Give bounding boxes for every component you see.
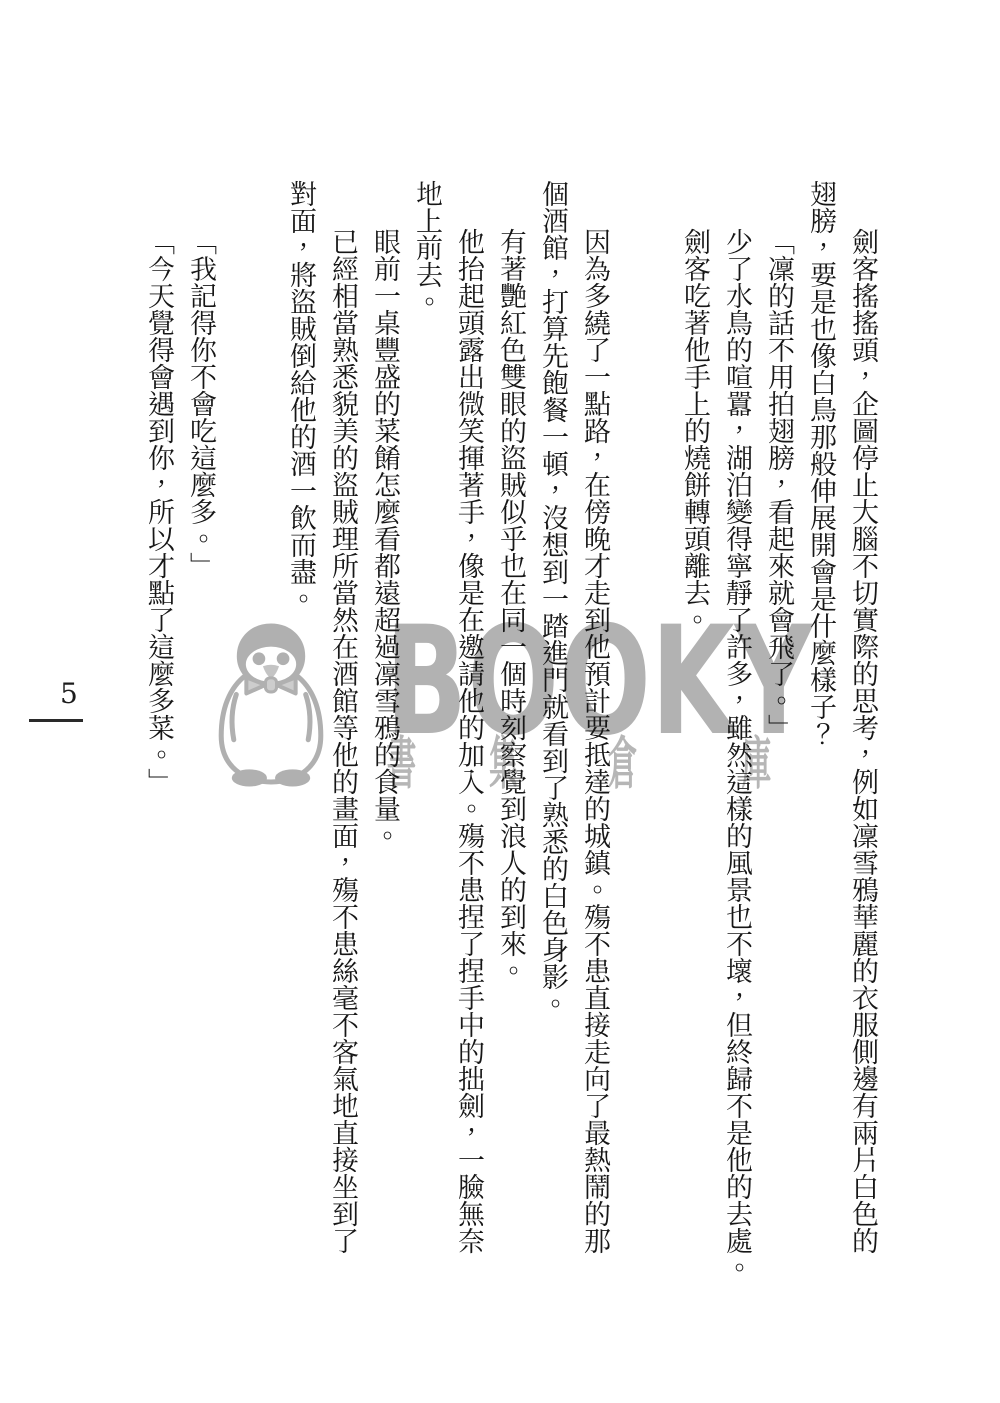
text-column-line: 「今天覺得會遇到你，所以才點了這麼多菜。」: [138, 180, 180, 1310]
text-column-line: 有著艷紅色雙眼的盜賊似乎也在同一個時刻察覺到浪人的到來。: [490, 180, 532, 1310]
text-column-line: 「凜的話不用拍翅膀，看起來就會飛了。」: [758, 180, 800, 1310]
body-text: 劍客搖搖頭，企圖停止大腦不切實際的思考，例如凜雪鴉華麗的衣服側邊有兩片白色的翅膀…: [138, 180, 884, 1310]
book-page: BOOKY 書集倉庫 劍客搖搖頭，企圖停止大腦不切實際的思考，例如凜雪鴉華麗的衣…: [0, 0, 1000, 1403]
text-column-line: 他抬起頭露出微笑揮著手，像是在邀請他的加入。殤不患捏了捏手中的拙劍，一臉無奈: [448, 180, 490, 1310]
text-column-line: 少了水鳥的喧囂，湖泊變得寧靜了許多，雖然這樣的風景也不壞，但終歸不是他的去處。: [716, 180, 758, 1310]
text-column-line: 劍客吃著他手上的燒餅轉頭離去。: [674, 180, 716, 1310]
text-column-line: 因為多繞了一點路，在傍晚才走到他預計要抵達的城鎮。殤不患直接走向了最熱鬧的那: [574, 180, 616, 1310]
text-column-line: 個酒館，打算先飽餐一頓，沒想到一踏進門就看到了熟悉的白色身影。: [532, 180, 574, 1310]
text-column-line: 已經相當熟悉貌美的盜賊理所當然在酒館等他的畫面，殤不患絲毫不客氣地直接坐到了: [322, 180, 364, 1310]
page-number-rule: [29, 719, 83, 722]
text-column-line: 翅膀，要是也像白鳥那般伸展開會是什麼樣子？: [800, 180, 842, 1310]
page-number: 5: [60, 677, 78, 710]
text-column-line: 地上前去。: [406, 180, 448, 1310]
text-column-line: 劍客搖搖頭，企圖停止大腦不切實際的思考，例如凜雪鴉華麗的衣服側邊有兩片白色的: [842, 180, 884, 1310]
text-column-line: 對面，將盜賊倒給他的酒一飲而盡。: [280, 180, 322, 1310]
text-column-line: 眼前一桌豐盛的菜餚怎麼看都遠超過凜雪鴉的食量。: [364, 180, 406, 1310]
text-column-line: 「我記得你不會吃這麼多。」: [180, 180, 222, 1310]
